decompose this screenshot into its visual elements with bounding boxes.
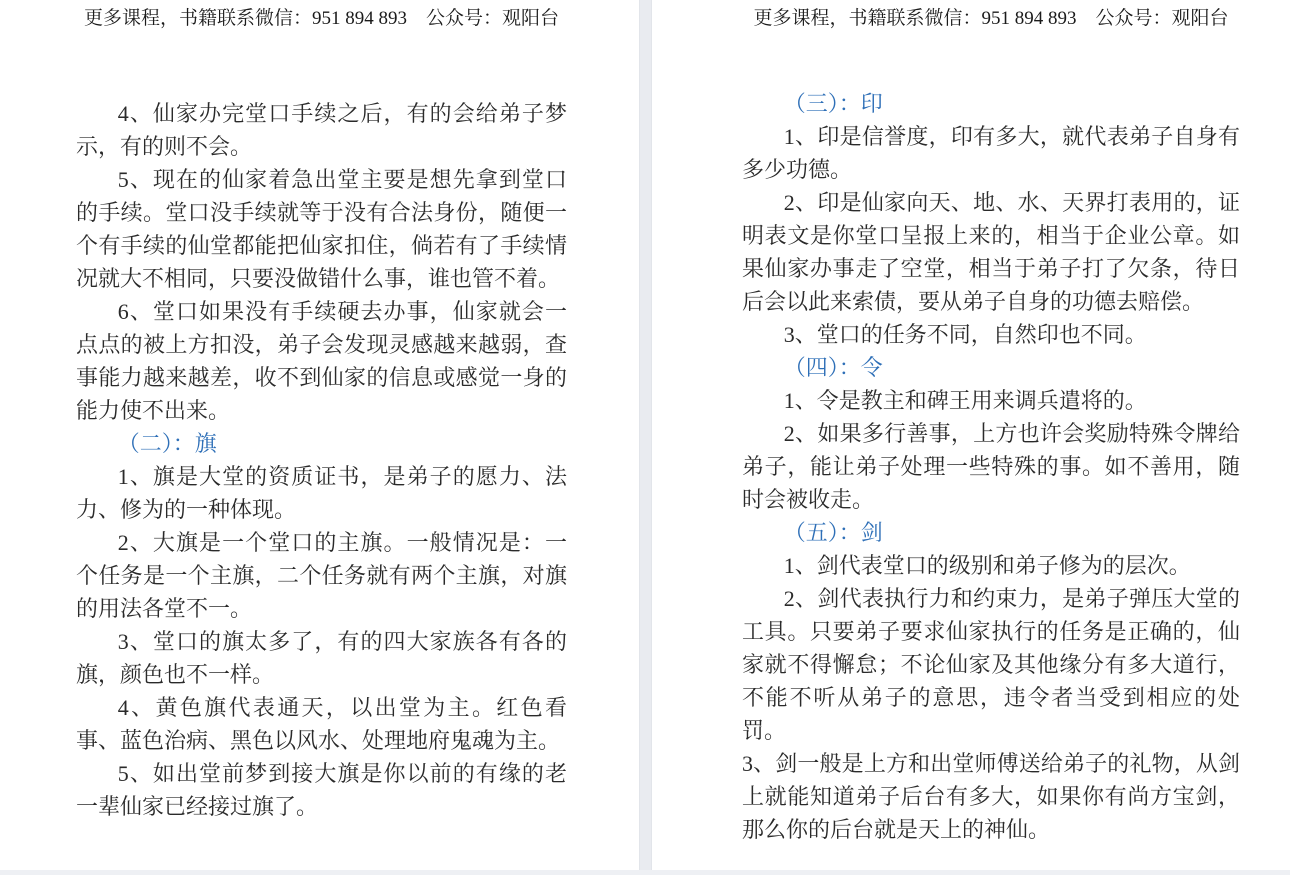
paragraph: 2、如果多行善事，上方也许会奖励特殊令牌给弟子，能让弟子处理一些特殊的事。如不善… [742,417,1240,516]
paragraph: 1、令是教主和碑王用来调兵遣将的。 [742,384,1240,417]
paragraph: 3、堂口的任务不同，自然印也不同。 [742,318,1240,351]
paragraph: 3、堂口的旗太多了，有的四大家族各有各的旗，颜色也不一样。 [76,625,567,691]
paragraph: 6、堂口如果没有手续硬去办事，仙家就会一点点的被上方扣没，弟子会发现灵感越来越弱… [76,295,567,427]
paragraph: 2、印是仙家向天、地、水、天界打表用的，证明表文是你堂口呈报上来的，相当于企业公… [742,186,1240,318]
paragraph: 4、仙家办完堂口手续之后，有的会给弟子梦示，有的则不会。 [76,97,567,163]
section-heading: （四）：令 [742,351,1240,384]
section-heading: （三）：印 [742,87,1240,120]
page-header-line: 更多课程，书籍联系微信：951 894 893 公众号：观阳台 [742,7,1240,31]
page-left: 更多课程，书籍联系微信：951 894 893 公众号：观阳台 4、仙家办完堂口… [0,0,639,875]
paragraph: 2、剑代表执行力和约束力，是弟子弹压大堂的工具。只要弟子要求仙家执行的任务是正确… [742,582,1240,747]
section-heading: （五）：剑 [742,516,1240,549]
page-body: （三）：印 1、印是信誉度，印有多大，就代表弟子自身有多少功德。 2、印是仙家向… [742,87,1240,846]
paragraph: 5、如出堂前梦到接大旗是你以前的有缘的老一辈仙家已经接过旗了。 [76,757,567,823]
page-right: 更多课程，书籍联系微信：951 894 893 公众号：观阳台 （三）：印 1、… [652,0,1290,875]
paragraph: 1、旗是大堂的资质证书，是弟子的愿力、法力、修为的一种体现。 [76,460,567,526]
bottom-page-edge [0,870,1290,875]
paragraph: 1、印是信誉度，印有多大，就代表弟子自身有多少功德。 [742,120,1240,186]
paragraph: 2、大旗是一个堂口的主旗。一般情况是：一个任务是一个主旗，二个任务就有两个主旗，… [76,526,567,625]
page-header-line: 更多课程，书籍联系微信：951 894 893 公众号：观阳台 [76,7,567,31]
document-spread: 更多课程，书籍联系微信：951 894 893 公众号：观阳台 4、仙家办完堂口… [0,0,1290,875]
section-heading: （二）：旗 [76,427,567,460]
page-divider [639,0,652,875]
paragraph: 1、剑代表堂口的级别和弟子修为的层次。 [742,549,1240,582]
paragraph: 5、现在的仙家着急出堂主要是想先拿到堂口的手续。堂口没手续就等于没有合法身份，随… [76,163,567,295]
paragraph: 3、剑一般是上方和出堂师傅送给弟子的礼物，从剑上就能知道弟子后台有多大，如果你有… [742,747,1240,846]
paragraph: 4、黄色旗代表通天，以出堂为主。红色看事、蓝色治病、黑色以风水、处理地府鬼魂为主… [76,691,567,757]
page-body: 4、仙家办完堂口手续之后，有的会给弟子梦示，有的则不会。 5、现在的仙家着急出堂… [76,97,567,823]
